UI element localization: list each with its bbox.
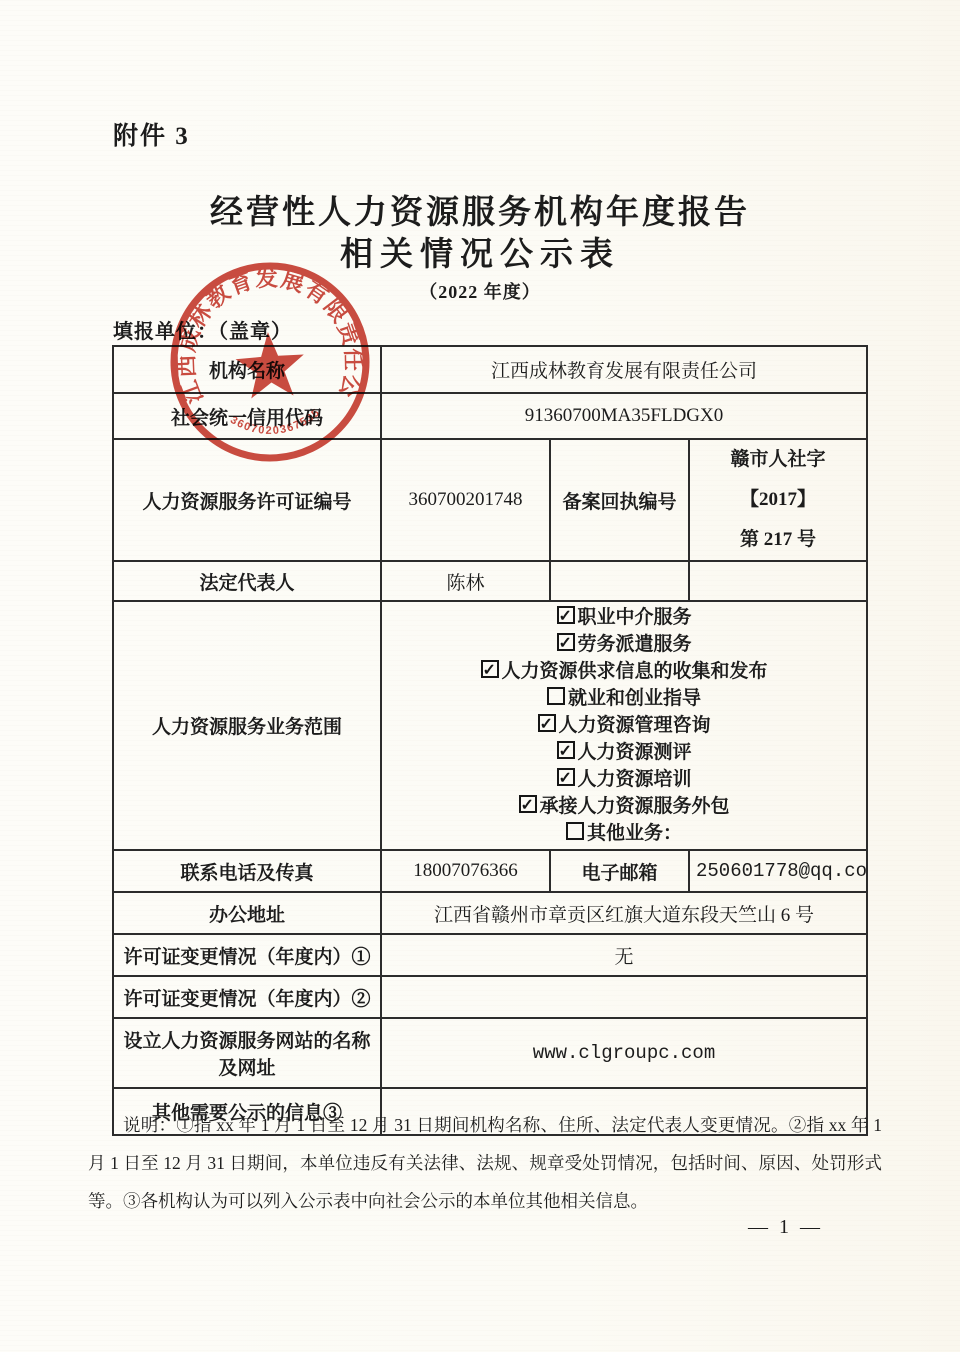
website-label: 设立人力资源服务网站的名称及网址 <box>113 1018 381 1088</box>
legal-rep-empty-cell-2 <box>689 561 867 601</box>
credit-code-value: 91360700MA35FLDGX0 <box>381 393 867 439</box>
checklist-item: 就业和创业指导 <box>388 685 860 712</box>
checklist-item: 人力资源测评 <box>388 739 860 766</box>
business-scope-checklist: 职业中介服务 劳务派遣服务 人力资源供求信息的收集和发布 就业和创业指导 人力资… <box>381 601 867 850</box>
checklist-item-label: 人力资源培训 <box>578 769 692 790</box>
record-receipt-value: 赣市人社字【2017】 第 217 号 <box>689 439 867 561</box>
contact-label: 联系电话及传真 <box>113 850 381 892</box>
phone-value: 18007076366 <box>381 850 550 892</box>
checkbox-icon <box>557 768 575 786</box>
document-title-line1: 经营性人力资源服务机构年度报告 <box>0 186 960 233</box>
license-number-label: 人力资源服务许可证编号 <box>113 439 381 561</box>
page-number: — 1 — <box>748 1216 823 1239</box>
credit-code-label: 社会统一信用代码 <box>113 393 381 439</box>
checklist-item-label: 人力资源供求信息的收集和发布 <box>502 661 768 682</box>
checklist-item-label: 人力资源管理咨询 <box>559 715 711 736</box>
checkbox-icon <box>557 633 575 651</box>
row-license-number: 人力资源服务许可证编号 360700201748 备案回执编号 赣市人社字【20… <box>113 439 867 561</box>
row-org-name: 机构名称 江西成林教育发展有限责任公司 <box>113 346 867 393</box>
license-number-value: 360700201748 <box>381 439 550 561</box>
row-website: 设立人力资源服务网站的名称及网址 www.clgroupc.com <box>113 1018 867 1088</box>
checklist-item-label: 人力资源测评 <box>578 742 692 763</box>
license-change-1-value: 无 <box>381 934 867 976</box>
row-license-change-2: 许可证变更情况（年度内）② <box>113 976 867 1018</box>
checklist-item: 劳务派遣服务 <box>388 631 860 658</box>
fill-unit-stamp-label: 填报单位：（盖章） <box>113 315 292 344</box>
website-value: www.clgroupc.com <box>381 1018 867 1088</box>
checklist-item-label: 承接人力资源服务外包 <box>540 796 730 817</box>
checklist-item: 人力资源管理咨询 <box>388 712 860 739</box>
email-label: 电子邮箱 <box>550 850 689 892</box>
attachment-label: 附件 3 <box>113 116 190 152</box>
checklist-item: 职业中介服务 <box>388 604 860 631</box>
checkbox-icon <box>547 687 565 705</box>
checklist-item: 人力资源培训 <box>388 766 860 793</box>
legal-rep-empty-cell-1 <box>550 561 689 601</box>
document-title-line2: 相关情况公示表 <box>0 228 960 275</box>
org-name-value: 江西成林教育发展有限责任公司 <box>381 346 867 393</box>
checklist-item: 其他业务： <box>388 820 860 847</box>
checklist-item: 承接人力资源服务外包 <box>388 793 860 820</box>
checklist-item-label: 劳务派遣服务 <box>578 634 692 655</box>
office-address-label: 办公地址 <box>113 892 381 934</box>
license-change-1-label: 许可证变更情况（年度内）① <box>113 934 381 976</box>
row-contact: 联系电话及传真 18007076366 电子邮箱 250601778@qq.co… <box>113 850 867 892</box>
checklist-item-label: 职业中介服务 <box>578 607 692 628</box>
row-credit-code: 社会统一信用代码 91360700MA35FLDGX0 <box>113 393 867 439</box>
checkbox-icon <box>557 741 575 759</box>
legal-rep-value: 陈林 <box>381 561 550 601</box>
checkbox-icon <box>519 795 537 813</box>
disclosure-table: 机构名称 江西成林教育发展有限责任公司 社会统一信用代码 91360700MA3… <box>112 345 868 1136</box>
row-legal-representative: 法定代表人 陈林 <box>113 561 867 601</box>
email-value: 250601778@qq.com <box>689 850 867 892</box>
license-change-2-value <box>381 976 867 1018</box>
checklist-item-label: 其他业务： <box>587 823 682 844</box>
business-scope-label: 人力资源服务业务范围 <box>113 601 381 850</box>
record-receipt-label: 备案回执编号 <box>550 439 689 561</box>
checkbox-icon <box>566 822 584 840</box>
report-year-label: （2022 年度） <box>0 278 960 304</box>
row-office-address: 办公地址 江西省赣州市章贡区红旗大道东段天竺山 6 号 <box>113 892 867 934</box>
notes-paragraph: 说明：①指 xx 年 1 月 1 日至 12 月 31 日期间机构名称、住所、法… <box>88 1106 882 1220</box>
checklist-item-label: 就业和创业指导 <box>568 688 701 709</box>
legal-rep-label: 法定代表人 <box>113 561 381 601</box>
checkbox-icon <box>557 606 575 624</box>
checklist-item: 人力资源供求信息的收集和发布 <box>388 658 860 685</box>
row-license-change-1: 许可证变更情况（年度内）① 无 <box>113 934 867 976</box>
checkbox-icon <box>481 660 499 678</box>
license-change-2-label: 许可证变更情况（年度内）② <box>113 976 381 1018</box>
checkbox-icon <box>538 714 556 732</box>
row-business-scope: 人力资源服务业务范围 职业中介服务 劳务派遣服务 人力资源供求信息的收集和发布 … <box>113 601 867 850</box>
office-address-value: 江西省赣州市章贡区红旗大道东段天竺山 6 号 <box>381 892 867 934</box>
org-name-label: 机构名称 <box>113 346 381 393</box>
